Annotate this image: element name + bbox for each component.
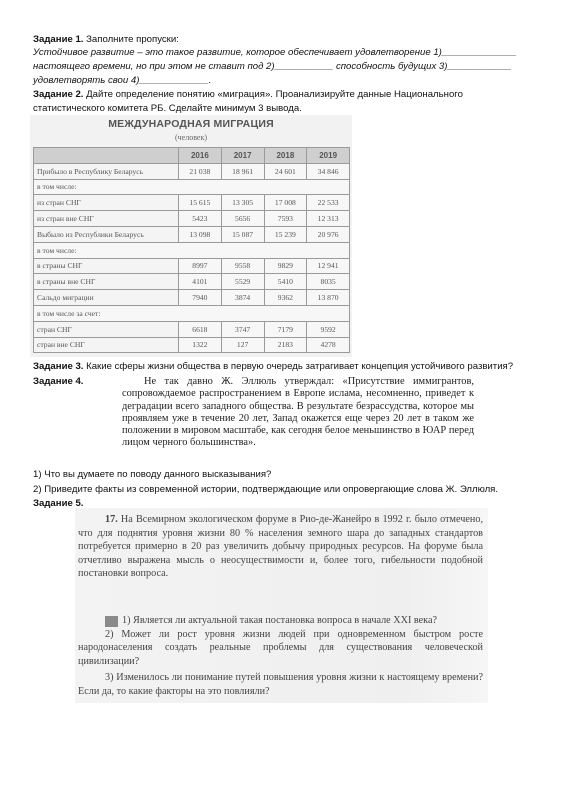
excerpt-question-1: 1) Является ли актуальной такая постанов… bbox=[122, 615, 437, 626]
row-label: из стран СНГ bbox=[34, 195, 179, 211]
cell-value: 8997 bbox=[179, 258, 222, 274]
task1-instruction: Заполните пропуски: bbox=[83, 34, 178, 45]
table-row: Прибыло в Республику Беларусь21 03818 96… bbox=[34, 163, 350, 179]
cell-value: 127 bbox=[221, 337, 264, 353]
row-label: Сальдо миграции bbox=[34, 290, 179, 306]
cell-value: 9558 bbox=[221, 258, 264, 274]
migration-table: 2016 2017 2018 2019 Прибыло в Республику… bbox=[33, 147, 350, 353]
cell-value: 15 615 bbox=[179, 195, 222, 211]
cell-value: 21 038 bbox=[179, 163, 222, 179]
row-label: из стран вне СНГ bbox=[34, 211, 179, 227]
cell-value: 8035 bbox=[307, 274, 350, 290]
migration-table-unit: (человек) bbox=[30, 133, 352, 142]
table-row: в страны СНГ89979558982912 941 bbox=[34, 258, 350, 274]
cell-value: 3874 bbox=[221, 290, 264, 306]
task2-title: Задание 2. Дайте определение понятию «ми… bbox=[33, 88, 463, 101]
task3-heading: Задание 3. bbox=[33, 361, 83, 372]
table-row: стран вне СНГ132212721834278 bbox=[34, 337, 350, 353]
cell-value: 4278 bbox=[307, 337, 350, 353]
row-label: Выбыло из Республики Беларусь bbox=[34, 226, 179, 242]
cell-value: 13 305 bbox=[221, 195, 264, 211]
migration-table-image: МЕЖДУНАРОДНАЯ МИГРАЦИЯ (человек) 2016 20… bbox=[30, 115, 352, 357]
cell-value: 5423 bbox=[179, 211, 222, 227]
cell-value: 9829 bbox=[264, 258, 307, 274]
cell-value: 34 846 bbox=[307, 163, 350, 179]
table-row: из стран СНГ15 61513 30517 00822 533 bbox=[34, 195, 350, 211]
year-header: 2017 bbox=[221, 148, 264, 164]
ellul-quote-image: Не так давно Ж. Эллюль утверждал: «Прису… bbox=[122, 376, 474, 450]
textbook-excerpt-image: 17. На Всемирном экологическом форуме в … bbox=[75, 508, 488, 703]
table-section-row: в том числе за счет: bbox=[34, 305, 350, 321]
cell-value: 22 533 bbox=[307, 195, 350, 211]
section-label: в том числе: bbox=[34, 179, 350, 195]
row-label: в страны СНГ bbox=[34, 258, 179, 274]
section-label: в том числе: bbox=[34, 242, 350, 258]
table-header-row: 2016 2017 2018 2019 bbox=[34, 148, 350, 164]
cell-value: 15 239 bbox=[264, 226, 307, 242]
excerpt-paragraph: 17. На Всемирном экологическом форуме в … bbox=[78, 513, 483, 581]
cell-value: 13 098 bbox=[179, 226, 222, 242]
cell-value: 12 313 bbox=[307, 211, 350, 227]
table-row: из стран вне СНГ54235656759312 313 bbox=[34, 211, 350, 227]
task2-heading: Задание 2. bbox=[33, 89, 83, 100]
cell-value: 13 870 bbox=[307, 290, 350, 306]
task4-heading: Задание 4. bbox=[33, 375, 83, 388]
year-header: 2016 bbox=[179, 148, 222, 164]
cell-value: 9362 bbox=[264, 290, 307, 306]
cell-value: 3747 bbox=[221, 321, 264, 337]
table-section-row: в том числе: bbox=[34, 179, 350, 195]
cell-value: 7593 bbox=[264, 211, 307, 227]
excerpt-question-3: 3) Изменилось ли понимание путей повышен… bbox=[78, 671, 483, 698]
cell-value: 18 961 bbox=[221, 163, 264, 179]
cell-value: 20 976 bbox=[307, 226, 350, 242]
year-header: 2019 bbox=[307, 148, 350, 164]
migration-table-title: МЕЖДУНАРОДНАЯ МИГРАЦИЯ bbox=[30, 118, 352, 130]
task4-question-1: 1) Что вы думаете по поводу данного выск… bbox=[33, 468, 271, 481]
document-page: Задание 1. Заполните пропуски: Устойчиво… bbox=[0, 0, 566, 800]
cell-value: 5410 bbox=[264, 274, 307, 290]
cell-value: 7940 bbox=[179, 290, 222, 306]
cell-value: 15 087 bbox=[221, 226, 264, 242]
ellul-quote-text: Не так давно Ж. Эллюль утверждал: «Прису… bbox=[122, 376, 474, 450]
task2-line1: Дайте определение понятию «миграция». Пр… bbox=[83, 89, 462, 100]
row-label: стран вне СНГ bbox=[34, 337, 179, 353]
excerpt-text: На Всемирном экологическом форуме в Рио-… bbox=[78, 514, 483, 579]
cell-value: 5529 bbox=[221, 274, 264, 290]
task3-line: Задание 3. Какие сферы жизни общества в … bbox=[33, 360, 513, 373]
table-row: стран СНГ6618374771799592 bbox=[34, 321, 350, 337]
question-exclamation-icon: ?! bbox=[105, 616, 118, 627]
cell-value: 9592 bbox=[307, 321, 350, 337]
table-row: в страны вне СНГ4101552954108035 bbox=[34, 274, 350, 290]
exercise-number: 17. bbox=[105, 514, 118, 525]
task1-line2: настоящего времени, но при этом не стави… bbox=[33, 60, 512, 73]
task1-line1: Устойчивое развитие – это такое развитие… bbox=[33, 46, 517, 59]
cell-value: 1322 bbox=[179, 337, 222, 353]
cell-value: 24 601 bbox=[264, 163, 307, 179]
table-section-row: в том числе: bbox=[34, 242, 350, 258]
task1-title: Задание 1. Заполните пропуски: bbox=[33, 33, 179, 46]
cell-value: 4101 bbox=[179, 274, 222, 290]
cell-value: 7179 bbox=[264, 321, 307, 337]
task4-question-2: 2) Приведите факты из современной истори… bbox=[33, 483, 498, 496]
year-header: 2018 bbox=[264, 148, 307, 164]
cell-value: 5656 bbox=[221, 211, 264, 227]
row-label: стран СНГ bbox=[34, 321, 179, 337]
row-label: в страны вне СНГ bbox=[34, 274, 179, 290]
cell-value: 17 008 bbox=[264, 195, 307, 211]
task2-line2: статистического комитета РБ. Сделайте ми… bbox=[33, 102, 302, 115]
table-corner-cell bbox=[34, 148, 179, 164]
cell-value: 12 941 bbox=[307, 258, 350, 274]
cell-value: 2183 bbox=[264, 337, 307, 353]
task1-heading: Задание 1. bbox=[33, 34, 83, 45]
cell-value: 6618 bbox=[179, 321, 222, 337]
row-label: Прибыло в Республику Беларусь bbox=[34, 163, 179, 179]
excerpt-question-2: 2) Может ли рост уровня жизни людей при … bbox=[78, 628, 483, 669]
section-label: в том числе за счет: bbox=[34, 305, 350, 321]
task1-line3: удовлетворять свои 4)_____________. bbox=[33, 74, 211, 87]
task3-text: Какие сферы жизни общества в первую очер… bbox=[83, 361, 513, 372]
table-row: Выбыло из Республики Беларусь13 09815 08… bbox=[34, 226, 350, 242]
table-row: Сальдо миграции79403874936213 870 bbox=[34, 290, 350, 306]
excerpt-questions: ?!1) Является ли актуальной такая постан… bbox=[78, 614, 483, 698]
